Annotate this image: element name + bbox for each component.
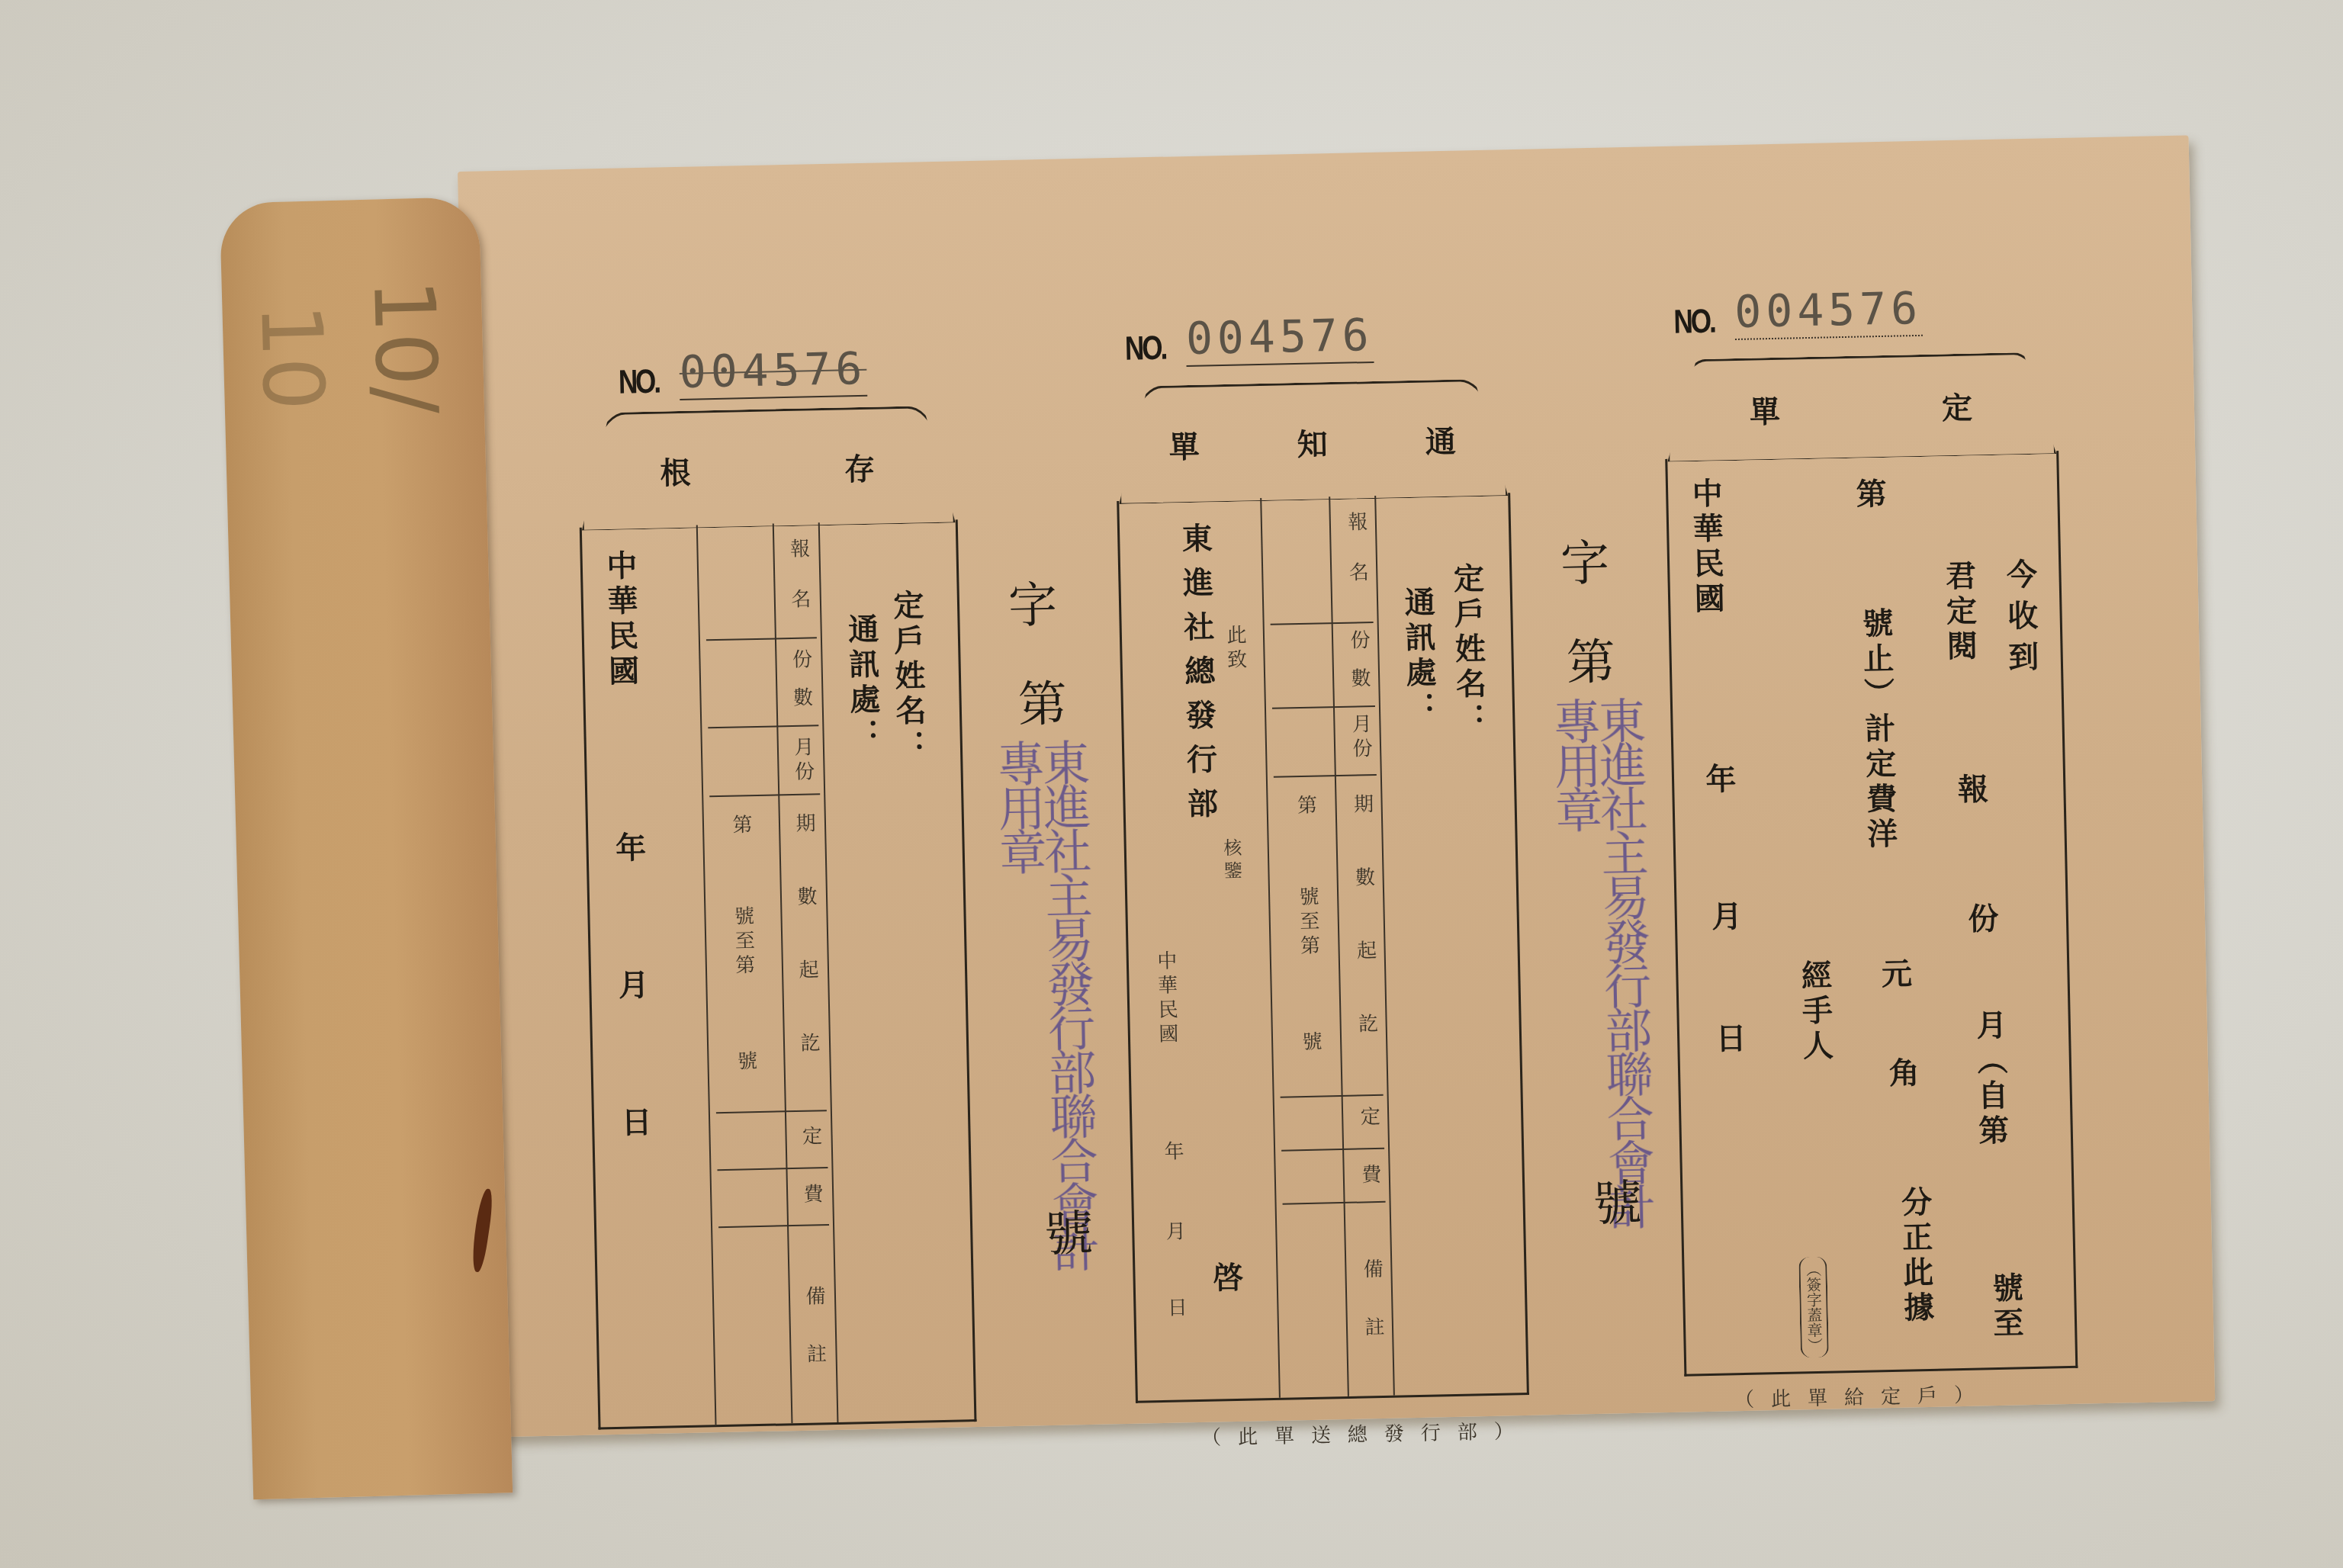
column-divider xyxy=(1260,498,1281,1398)
title-char: 單 xyxy=(1168,423,1200,467)
notice-stamp-suffix: 號 xyxy=(1577,1177,1648,1227)
addressee-suffix: 核鑒 xyxy=(1218,838,1245,885)
number-end: 號 xyxy=(1297,1030,1326,1056)
subscriber-name-label: 定戶姓名： xyxy=(885,589,932,765)
copies-label: 份 xyxy=(1959,902,2004,938)
ink-stain xyxy=(469,1187,495,1272)
date-year: 年 xyxy=(1159,1140,1188,1165)
row-divider xyxy=(709,793,820,797)
stub-purple-stamp: 東進社主易發行部聯合會計專用章 xyxy=(969,738,1095,1274)
row-divider xyxy=(1281,1094,1384,1098)
stub-stamp-prefix: 字 xyxy=(992,579,1063,629)
jiao-label: 角 xyxy=(1880,1056,1924,1092)
notice-serial: NO. 004576 xyxy=(1124,313,1374,368)
number-range: 號至第 xyxy=(728,905,758,979)
row-divider xyxy=(1274,774,1377,778)
column-divider xyxy=(696,525,717,1425)
subscribe-label: 君定閱 xyxy=(1936,559,1982,665)
number-first: 第 xyxy=(1291,795,1320,820)
form-page: NO. 004576 根 存 中華民國 年 月 日 第 號至第 號 報名 xyxy=(458,135,2215,1437)
row-divider xyxy=(1272,705,1375,709)
col-label-title: 報名 xyxy=(784,538,815,639)
date-month: 月 xyxy=(609,969,654,1004)
fee-total-label: 號止）計定費洋 xyxy=(1853,607,1902,853)
notice-title: 單 知 通 xyxy=(1117,378,1508,504)
yuan-label: 元 xyxy=(1872,957,1917,993)
notice-stamp-first: 第 xyxy=(1551,635,1621,686)
col-label-copies: 份數 xyxy=(1345,629,1374,706)
stub-serial: NO. 004576 xyxy=(618,346,867,402)
serial-number: 004576 xyxy=(679,346,867,400)
number-first: 第 xyxy=(727,814,756,839)
date-day: 日 xyxy=(612,1106,657,1142)
title-char: 知 xyxy=(1297,420,1328,464)
addressee-prefix: 此致 xyxy=(1221,624,1250,673)
address-label: 通訊處： xyxy=(1396,586,1442,727)
col-label-copies: 份數 xyxy=(786,648,816,725)
number-first-label: 第 xyxy=(1847,477,1891,513)
row-divider xyxy=(716,1110,827,1113)
receipt-booklet: NO. 004576 根 存 中華民國 年 月 日 第 號至第 號 報名 xyxy=(0,0,2343,1568)
date-year: 年 xyxy=(606,831,651,867)
row-divider xyxy=(708,725,818,728)
month-from-label: 月（自第 xyxy=(1967,1009,2014,1150)
serial-prefix: NO. xyxy=(618,363,659,402)
subscriber-name-label: 定戶姓名： xyxy=(1445,562,1492,738)
stub-title: 根 存 xyxy=(580,405,956,530)
col-label-remarks: 備註 xyxy=(1358,1258,1388,1375)
title-char: 根 xyxy=(660,448,691,493)
notice-footer: （此單送總發行部） xyxy=(1201,1415,1531,1451)
receipt-serial: NO. 004576 xyxy=(1673,286,1923,342)
serial-number: 004576 xyxy=(1734,286,1923,340)
number-range: 號至第 xyxy=(1294,885,1323,959)
newspaper-label: 報 xyxy=(1949,773,1993,808)
date-era-label: 中華民國 xyxy=(1152,949,1182,1048)
addressee: 東進社總發行部 xyxy=(1173,522,1223,832)
receipt-title: 單 定 xyxy=(1666,352,2057,462)
col-label-remarks: 備註 xyxy=(800,1285,831,1402)
sign-mark: 啓 xyxy=(1204,1261,1248,1297)
notice-form: 單 知 通 東進社總發行部 此致 核鑒 中華民國 年 月 日 啓 第 號至第 號… xyxy=(1117,493,1529,1403)
stub-stamp-first: 第 xyxy=(1002,677,1073,728)
row-divider xyxy=(1271,622,1374,625)
col-label-issues: 期數起訖 xyxy=(790,812,824,1106)
date-era-label: 中華民國 xyxy=(597,549,644,690)
date-day: 日 xyxy=(1707,1022,1751,1058)
date-day: 日 xyxy=(1162,1296,1191,1322)
address-label: 通訊處： xyxy=(839,612,885,753)
stub-form: 根 存 中華民國 年 月 日 第 號至第 號 報名 份數 月份 期數起訖 定費 … xyxy=(580,519,977,1429)
title-char: 存 xyxy=(844,445,876,489)
rolled-cover-spine: 10/ 10 xyxy=(220,197,513,1499)
col-label-months: 月份 xyxy=(789,736,818,786)
date-year: 年 xyxy=(1697,763,1741,798)
date-month: 月 xyxy=(1702,900,1747,936)
title-char: 通 xyxy=(1425,417,1456,461)
handwritten-mark: 10/ xyxy=(355,278,456,415)
notice-purple-stamp: 東進社主易發行部聯合會計專用章 xyxy=(1525,696,1651,1232)
fen-label: 分正此據 xyxy=(1892,1186,1939,1327)
serial-prefix: NO. xyxy=(1125,329,1166,368)
serial-number: 004576 xyxy=(1185,313,1374,367)
number-end: 號 xyxy=(731,1050,760,1075)
date-era-label: 中華民國 xyxy=(1683,477,1730,618)
col-label-issues: 期數起訖 xyxy=(1348,793,1382,1087)
title-char: 定 xyxy=(1941,384,1972,428)
signature-seal-note: （簽字蓋章） xyxy=(1798,1257,1829,1358)
handwritten-mark-side: 10 xyxy=(242,303,342,412)
stub-stamp-suffix: 號 xyxy=(1029,1207,1100,1258)
notice-stamp-prefix: 字 xyxy=(1544,536,1615,586)
title-char: 單 xyxy=(1749,387,1780,432)
handler-label: 經手人 xyxy=(1792,959,1838,1065)
serial-prefix: NO. xyxy=(1673,303,1715,342)
col-label-title: 報名 xyxy=(1342,511,1373,612)
received-from-label: 今收到 xyxy=(1997,558,2043,683)
receipt-form: 單 定 中華民國 年 月 日 今收到 君定閱 報 份 月（自第 號至 第 號止）… xyxy=(1665,451,2078,1377)
col-label-fee: 定費 xyxy=(796,1125,827,1242)
receipt-footer: （此單給定戶） xyxy=(1734,1379,1991,1412)
number-to-label: 號至 xyxy=(1984,1271,2029,1342)
col-label-fee: 定費 xyxy=(1355,1106,1385,1223)
date-month: 月 xyxy=(1160,1220,1189,1245)
col-label-months: 月份 xyxy=(1346,713,1375,763)
